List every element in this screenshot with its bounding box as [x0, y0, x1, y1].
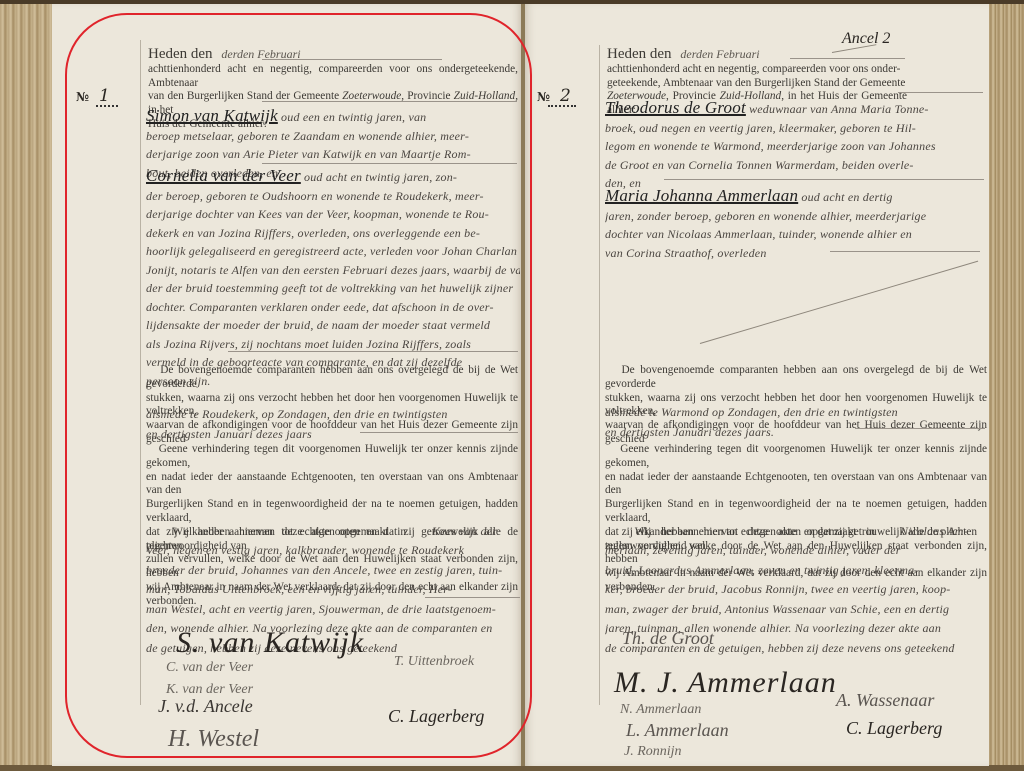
header-lead: Heden den [148, 46, 213, 62]
signature-witness-3: J. Ronnijn [624, 744, 682, 760]
witness-rule [425, 597, 520, 598]
bride-rule [830, 251, 980, 252]
witness-text: Nicolaas Am- [900, 524, 968, 538]
bride-line: dochter van Nicolaas Ammerlaan, tuinder,… [605, 227, 912, 241]
bride-line: jaren, zonder beroep, geboren en wonende… [605, 209, 926, 223]
signature-witness-3: T. Uittenbroek [394, 654, 474, 670]
signature-witness-2: L. Ammerlaan [626, 720, 729, 741]
header-line-2: achttienhonderd acht en negentig, compar… [607, 63, 900, 75]
header-line-3: geteekende, Ambtenaar van den Burgerlijk… [607, 77, 905, 89]
signature-witness-4: H. Westel [168, 726, 259, 753]
groom-name: Theodorus de Groot [605, 99, 746, 117]
bride-line: hoorlijk gelegaliseerd en geregistreerd … [146, 244, 517, 258]
witness-text: Kees van der [432, 524, 497, 538]
witness-line: man Westel, acht en veertig jaren, Sjouw… [146, 602, 496, 616]
bride-line: dochter. Comparanten verklaren onder eed… [146, 300, 494, 314]
printed-line: Burgerlijken Stand en in tegenwoordighei… [146, 498, 518, 524]
bride-line: als Jozina Rijvers, zij nochtans moet lu… [146, 337, 471, 351]
date-handwritten: derden Februari [680, 47, 759, 61]
number-symbol: № [76, 90, 89, 104]
bride-line: derjarige dochter van Kees van der Veer,… [146, 207, 489, 221]
right-witness-first: Nicolaas Am- [900, 522, 990, 541]
left-witness-first: Kees van der [432, 522, 522, 541]
header-lead: Heden den [607, 46, 672, 62]
signature-groom: S. van Katwijk [176, 626, 364, 660]
groom-line: de Groot en van Cornelia Tonnen Warmerda… [605, 158, 914, 172]
right-margin-rule [599, 45, 600, 705]
page-stack-right-edge [988, 0, 1024, 771]
groom-rule [262, 163, 517, 164]
bride-line: Jonijt, notaris te Alfen van den eersten… [146, 263, 520, 277]
signature-bride: M. J. Ammerlaan [614, 666, 837, 700]
bride-rule [228, 351, 518, 352]
header-line-2: achttienhonderd acht en negentig, compar… [148, 63, 518, 89]
groom-name: Simon van Katwijk [146, 107, 278, 125]
left-proclamation: alsmede te Roudekerk, op Zondagen, den d… [146, 404, 520, 444]
printed-line: en nadat ieder der aanstaande Echtgenoot… [146, 471, 518, 497]
date-rule [262, 59, 442, 60]
groom-line: oud een en twintig jaren, van [281, 110, 426, 124]
entry-number-underline [548, 105, 576, 107]
printed-line: Geene verhindering tegen dit voorgenomen… [146, 443, 518, 469]
proclamation-rule [855, 428, 985, 429]
printed-line: en nadat ieder der aanstaande Echtgenoot… [605, 471, 987, 497]
left-bride-block: Cornelia van der Veer oud acht en twinti… [146, 167, 520, 390]
open-register-book: №1 Heden den derden Februari achttienhon… [0, 0, 1024, 771]
groom-line: weduwnaar van Anna Maria Tonne- [749, 102, 929, 116]
proclamation-line: en dertigsten Januari dezes jaars. [605, 425, 774, 439]
entry-number: 2 [560, 86, 571, 106]
page-stack-left-edge [0, 0, 54, 771]
bride-line: oud acht en dertig [801, 190, 892, 204]
witness-line: man, zwager der bruid, Antonius Wassenaa… [605, 602, 949, 616]
right-proclamation: alsmede te Warmond op Zondagen, den drie… [605, 402, 987, 442]
signature-witness-2: J. v.d. Ancele [158, 696, 253, 717]
left-margin-rule [140, 40, 141, 705]
printed-line: Geene verhindering tegen dit voorgenomen… [605, 443, 987, 469]
witness-line: ker, broeder der bruid, Jacobus Ronnijn,… [605, 582, 951, 596]
printed-line: Burgerlijken Stand en in tegenwoordighei… [605, 498, 987, 524]
witness-line: merlaan, zeventig jaren, tuinder, wonend… [605, 543, 901, 557]
groom-rule [664, 179, 984, 180]
header-rule [898, 92, 983, 93]
number-symbol: № [537, 90, 550, 104]
bride-line: oud acht en twintig jaren, zon- [304, 170, 457, 184]
signature-bride: C. van der Veer [166, 660, 253, 676]
witness-line: broeder der bruid, Johannes van den Ance… [146, 563, 502, 577]
bride-line: der der bruid toestemming geeft tot de v… [146, 281, 513, 295]
groom-line: derjarige zoon van Arie Pieter van Katwi… [146, 147, 471, 161]
groom-line: legom en wonende te Warmond, meerderjari… [605, 139, 936, 153]
signature-registrar: C. Lagerberg [846, 718, 942, 739]
groom-line: broek, oud negen en veertig jaren, kleer… [605, 121, 916, 135]
signature-registrar: C. Lagerberg [388, 706, 484, 727]
bride-name: Cornelia van der Veer [146, 167, 301, 185]
witness-line: man, Tobaldus Uittenbroek, een en vijfti… [146, 582, 452, 596]
header-rule [262, 101, 517, 102]
witness-line: Veer, negen en vestig jaren, kalkbrander… [146, 543, 464, 557]
book-gutter [521, 4, 525, 766]
entry-number-1: №1 [76, 86, 110, 106]
groom-line: beroep metselaar, geboren te Zaandam en … [146, 129, 469, 143]
entry-number-underline [96, 105, 118, 107]
signature-witness-4: A. Wassenaar [836, 690, 934, 711]
proclamation-rule [360, 432, 518, 433]
proclamation-line: en dertigsten Januari dezes jaars [146, 427, 312, 441]
signature-witness-1: N. Ammerlaan [620, 702, 701, 718]
bride-line: van Corina Straathof, overleden [605, 246, 767, 260]
bride-line: dekerk en van Jozina Rijffers, overleden… [146, 226, 480, 240]
bride-line: der beroep, geboren te Oudshoorn en wone… [146, 189, 484, 203]
bride-name: Maria Johanna Ammerlaan [605, 187, 798, 205]
proclamation-line: alsmede te Warmond op Zondagen, den drie… [605, 405, 898, 419]
date-rule [790, 58, 905, 59]
printed-line: De bovengenoemde comparanten hebben aan … [605, 364, 987, 390]
bride-line: lijdensakte der moeder der bruid, de naa… [146, 318, 490, 332]
entry-number-2: №2 [537, 86, 571, 106]
entry-number: 1 [99, 86, 110, 106]
signature-groom: Th. de Groot [622, 628, 714, 649]
witness-line: bruid, Leonardus Ammerlaan, zeven en twi… [605, 563, 919, 577]
printed-line: De bovengenoemde comparanten hebben aan … [146, 364, 518, 390]
proclamation-line: alsmede te Roudekerk, op Zondagen, den d… [146, 407, 448, 421]
